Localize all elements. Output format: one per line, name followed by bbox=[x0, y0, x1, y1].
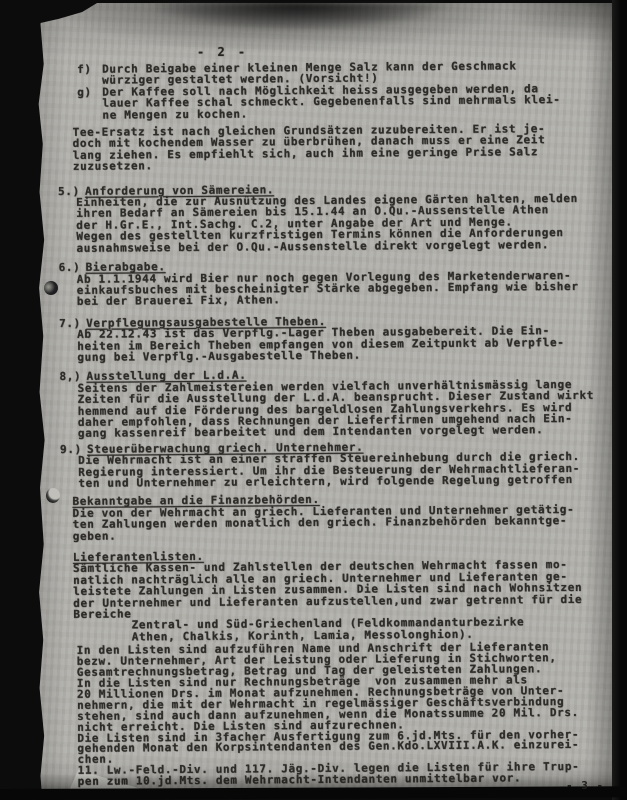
document-section: In den Listen sind aufzuführen Name und … bbox=[77, 642, 604, 788]
document-section: 5.)Anforderung von Sämereien.Einheiten, … bbox=[76, 181, 600, 254]
punch-hole-bottom bbox=[46, 488, 60, 503]
text-line: ausnahmsweise bei der O.Qu.-Aussenstelle… bbox=[76, 238, 599, 254]
document-section: 9.)Steuerüberwachung griech. Unternehmer… bbox=[78, 440, 601, 490]
document-section: 8,)Ausstellung der L.d.A.Seitens der Zah… bbox=[77, 367, 601, 440]
scan-background: - 2 - f)Durch Beigabe einer kleinen Meng… bbox=[0, 0, 627, 800]
document-section: 6.)Bierabgabe.Ab 1.1.1944 wird Bier nur … bbox=[77, 258, 600, 308]
page-number-header: - 2 - bbox=[197, 45, 248, 59]
section-number: 7.) bbox=[59, 318, 81, 330]
text-line: gung bei Verpflg.-Ausgabestelle Theben. bbox=[77, 348, 600, 364]
right-film-edge bbox=[612, 0, 627, 800]
document-section: Tee-Ersatz ist nach gleichen Grundsätzen… bbox=[72, 123, 598, 173]
document-section: g)Der Kaffee soll nach Möglichkeit heiss… bbox=[102, 83, 598, 121]
scan-smudge bbox=[156, 3, 496, 51]
left-film-edge bbox=[0, 0, 46, 800]
bottom-film-edge bbox=[0, 786, 627, 800]
document-section: Lieferantenlisten.Sämtliche Kassen- und … bbox=[73, 548, 603, 643]
page-number-footer: - 3 - bbox=[566, 779, 604, 792]
section-number: 5.) bbox=[58, 185, 80, 197]
text-line: gang kassenreif bearbeitet und dem Inten… bbox=[78, 424, 601, 440]
punch-hole-top bbox=[44, 281, 58, 295]
section-number: 9.) bbox=[60, 444, 82, 456]
section-number: 8,) bbox=[59, 371, 81, 383]
section-number: f) bbox=[77, 64, 92, 76]
text-line: ten und Unternehmer zu erleichtern, wird… bbox=[78, 474, 601, 490]
section-number: 6.) bbox=[59, 262, 81, 274]
document-section: 7.)Verpflegungsausgabestelle Theben.Ab 2… bbox=[77, 313, 600, 363]
section-number: g) bbox=[77, 87, 92, 99]
document-section: Bekanntgabe an die Finanzbehörden.Die vo… bbox=[72, 492, 601, 542]
text-column: f)Durch Beigabe einer kleinen Menge Salz… bbox=[36, 60, 604, 788]
